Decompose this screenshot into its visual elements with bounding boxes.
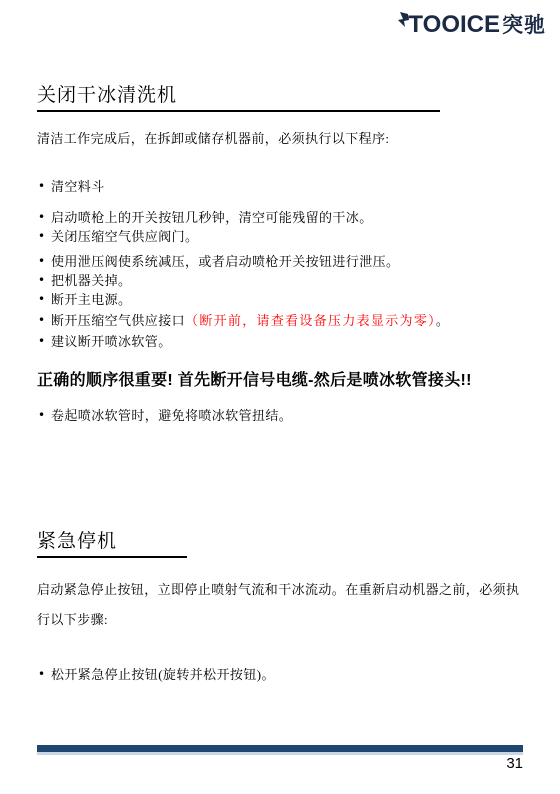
bullet-icon: • bbox=[38, 209, 51, 226]
list-item-text: 启动喷枪上的开关按钮几秒钟，清空可能残留的干冰。 bbox=[51, 209, 373, 226]
bullet-icon: • bbox=[38, 178, 51, 195]
list-item-text: 把机器关掉。 bbox=[51, 272, 131, 289]
section-title-shutdown: 关闭干冰清洗机 bbox=[37, 85, 440, 112]
bullet-icon: • bbox=[38, 253, 51, 270]
list-item-turn-off-machine: • 把机器关掉。 bbox=[38, 272, 131, 289]
list-item-depressurize: • 使用泄压阀使系统减压，或者启动喷枪开关按钮进行泄压。 bbox=[38, 253, 399, 270]
list-item-release-estop: • 松开紧急停止按钮(旋转并松开按钮)。 bbox=[38, 666, 275, 683]
list-item-text: 断开压缩空气供应接口（断开前，请查看设备压力表显示为零）。 bbox=[51, 312, 449, 329]
list-item-disconnect-hose: • 建议断开喷冰软管。 bbox=[38, 333, 172, 350]
bullet-icon: • bbox=[38, 228, 51, 245]
list-item-close-air-valve: • 关闭压缩空气供应阀门。 bbox=[38, 228, 198, 245]
bullet-icon: • bbox=[38, 312, 51, 329]
footer-accent-bar bbox=[37, 745, 523, 752]
list-item-text: 松开紧急停止按钮(旋转并松开按钮)。 bbox=[51, 666, 275, 683]
logo-brand-cn: 突驰 bbox=[502, 15, 546, 36]
bullet-icon: • bbox=[38, 333, 51, 350]
brand-logo: TOOICE 突驰 bbox=[396, 13, 546, 37]
list-item-text: 关闭压缩空气供应阀门。 bbox=[51, 228, 198, 245]
bullet-icon: • bbox=[38, 272, 51, 289]
shutdown-intro: 清洁工作完成后，在拆卸或储存机器前，必须执行以下程序: bbox=[37, 130, 389, 147]
bullet-icon: • bbox=[38, 407, 51, 424]
logo-brand-latin: TOOICE bbox=[408, 13, 500, 37]
page-number: 31 bbox=[506, 755, 523, 772]
list-item-coil-hose: • 卷起喷冰软管时，避免将喷冰软管扭结。 bbox=[38, 407, 292, 424]
section-title-estop: 紧急停机 bbox=[37, 531, 187, 558]
footer-accent-bar-shadow bbox=[37, 752, 523, 755]
document-page: TOOICE 突驰 关闭干冰清洗机 清洁工作完成后，在拆卸或储存机器前，必须执行… bbox=[0, 0, 560, 794]
disconnect-air-prefix: 断开压缩空气供应接口 bbox=[51, 313, 185, 328]
list-item-trigger-gun: • 启动喷枪上的开关按钮几秒钟，清空可能残留的干冰。 bbox=[38, 209, 373, 226]
list-item-text: 建议断开喷冰软管。 bbox=[51, 333, 172, 350]
list-item-text: 清空料斗 bbox=[51, 178, 105, 195]
list-item-text: 断开主电源。 bbox=[51, 291, 131, 308]
order-warning-text: 正确的顺序很重要! 首先断开信号电缆-然后是喷冰软管接头!! bbox=[37, 367, 472, 390]
bullet-icon: • bbox=[38, 291, 51, 308]
pressure-gauge-warning: （断开前，请查看设备压力表显示为零） bbox=[185, 313, 436, 328]
list-item-text: 使用泄压阀使系统减压，或者启动喷枪开关按钮进行泄压。 bbox=[51, 253, 399, 270]
list-item-disconnect-air: • 断开压缩空气供应接口（断开前，请查看设备压力表显示为零）。 bbox=[38, 312, 449, 329]
list-item-text: 卷起喷冰软管时，避免将喷冰软管扭结。 bbox=[51, 407, 292, 424]
estop-intro-line1: 启动紧急停止按钮，立即停止喷射气流和干冰流动。在重新启动机器之前，必须执 bbox=[37, 581, 519, 598]
estop-intro-line2: 行以下步骤: bbox=[37, 611, 108, 628]
list-item-disconnect-power: • 断开主电源。 bbox=[38, 291, 131, 308]
disconnect-air-suffix: 。 bbox=[436, 313, 449, 328]
list-item-empty-hopper: • 清空料斗 bbox=[38, 178, 105, 195]
bullet-icon: • bbox=[38, 666, 51, 683]
